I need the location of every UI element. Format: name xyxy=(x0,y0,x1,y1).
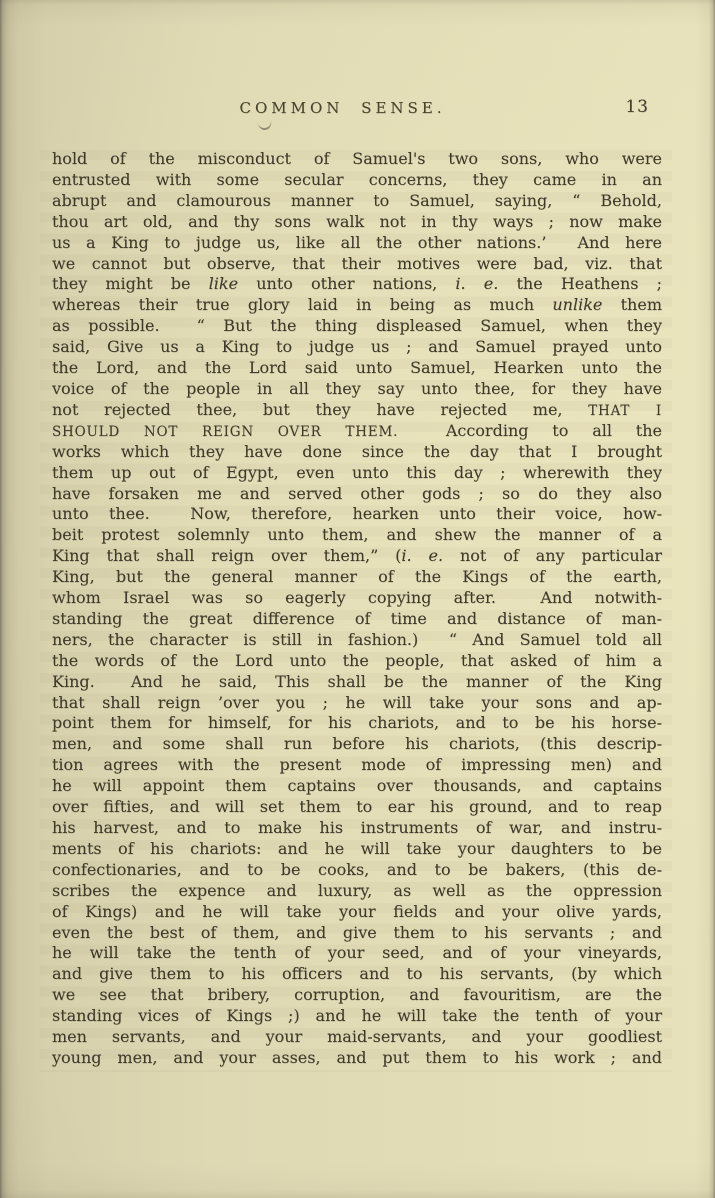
text-segment-italic: like xyxy=(209,274,238,293)
text-line: we see that bribery, corruption, and fav… xyxy=(52,985,662,1006)
text-segment: we see that bribery, corruption, and fav… xyxy=(52,985,662,1004)
text-segment: the Heathens ; xyxy=(498,274,662,293)
text-segment: said, Give us a King to judge us ; and S… xyxy=(52,337,662,356)
text-segment: young men, and your asses, and put them … xyxy=(52,1048,662,1067)
text-line: them up out of Egypt, even unto this day… xyxy=(52,463,662,484)
text-line: whereas their true glory laid in being a… xyxy=(52,295,662,316)
text-segment: over fifties, and will set them to ear h… xyxy=(52,797,662,816)
text-segment: tion agrees with the present mode of imp… xyxy=(52,755,662,774)
page-header: COMMON SENSE. 13 xyxy=(0,99,715,121)
text-line: not rejected thee, but they have rejecte… xyxy=(52,400,662,421)
text-segment: ments of his chariots: and he will take … xyxy=(52,839,662,858)
text-segment: entrusted with some secular concerns, th… xyxy=(52,170,662,189)
text-line: scribes the expence and luxury, as well … xyxy=(52,881,662,902)
text-segment-caps: THAT I xyxy=(588,403,662,419)
text-segment: unto thee. Now, therefore, hearken unto … xyxy=(52,504,662,523)
text-line: thou art old, and thy sons walk not in t… xyxy=(52,212,662,233)
text-line: that shall reign ’over you ; he will tak… xyxy=(52,693,662,714)
text-line: standing the great difference of time an… xyxy=(52,609,662,630)
text-segment: King, but the general manner of the King… xyxy=(52,567,662,586)
text-segment: men servants, and your maid-servants, an… xyxy=(52,1027,662,1046)
text-segment: voice of the people in all they say unto… xyxy=(52,379,662,398)
text-segment: and give them to his officers and to his… xyxy=(52,964,662,983)
text-segment: standing vices of Kings ;) and he will t… xyxy=(52,1006,662,1025)
text-line: point them for himself, for his chariots… xyxy=(52,713,662,734)
text-line: hold of the misconduct of Samuel's two s… xyxy=(52,149,662,170)
text-line: even the best of them, and give them to … xyxy=(52,923,662,944)
text-line: they might be like unto other nations, i… xyxy=(52,274,662,295)
text-segment-italic: i. e. xyxy=(455,274,498,293)
text-line: of Kings) and he will take your fields a… xyxy=(52,902,662,923)
ink-smudge-mark xyxy=(257,120,272,131)
text-line: standing vices of Kings ;) and he will t… xyxy=(52,1006,662,1027)
text-segment: King that shall reign over them,” ( xyxy=(52,546,401,565)
text-segment: he will appoint them captains over thous… xyxy=(52,776,662,795)
text-line: ments of his chariots: and he will take … xyxy=(52,839,662,860)
text-line: and give them to his officers and to his… xyxy=(52,964,662,985)
text-segment: his harvest, and to make his instruments… xyxy=(52,818,662,837)
text-line: said, Give us a King to judge us ; and S… xyxy=(52,337,662,358)
text-segment: of Kings) and he will take your fields a… xyxy=(52,902,662,921)
text-line: beit protest solemnly unto them, and she… xyxy=(52,525,662,546)
text-segment: the Lord, and the Lord said unto Samuel,… xyxy=(52,358,662,377)
text-line: as possible. “ But the thing displeased … xyxy=(52,316,662,337)
text-segment: he will take the tenth of your seed, and… xyxy=(52,943,662,962)
text-segment: point them for himself, for his chariots… xyxy=(52,713,662,732)
text-line: King that shall reign over them,” (i. e.… xyxy=(52,546,662,567)
text-line: King, but the general manner of the King… xyxy=(52,567,662,588)
text-line: voice of the people in all they say unto… xyxy=(52,379,662,400)
text-line: young men, and your asses, and put them … xyxy=(52,1048,662,1069)
text-segment: King. And he said, This shall be the man… xyxy=(52,672,662,691)
text-segment: hold of the misconduct of Samuel's two s… xyxy=(52,149,662,168)
text-line: have forsaken me and served other gods ;… xyxy=(52,484,662,505)
text-segment: whom Israel was so eagerly copying after… xyxy=(52,588,662,607)
text-line: whom Israel was so eagerly copying after… xyxy=(52,588,662,609)
text-line: he will take the tenth of your seed, and… xyxy=(52,943,662,964)
text-segment: ners, the character is still in fashion.… xyxy=(52,630,662,649)
text-segment: thou art old, and thy sons walk not in t… xyxy=(52,212,662,231)
text-segment: them up out of Egypt, even unto this day… xyxy=(52,463,662,482)
running-header-title: COMMON SENSE. xyxy=(0,99,715,117)
text-line: men, and some shall run before his chari… xyxy=(52,734,662,755)
text-segment: men, and some shall run before his chari… xyxy=(52,734,662,753)
text-segment: whereas their true glory laid in being a… xyxy=(52,295,552,314)
text-line: tion agrees with the present mode of imp… xyxy=(52,755,662,776)
text-segment-caps: SHOULD NOT REIGN OVER THEM. xyxy=(52,424,398,440)
text-line: he will appoint them captains over thous… xyxy=(52,776,662,797)
text-segment: unto other nations, xyxy=(238,274,455,293)
text-segment: beit protest solemnly unto them, and she… xyxy=(52,525,662,544)
text-segment: not rejected thee, but they have rejecte… xyxy=(52,400,588,419)
text-segment: we cannot but observe, that their motive… xyxy=(52,254,662,273)
text-segment-italic: unlike xyxy=(552,295,602,314)
text-line: us a King to judge us, like all the othe… xyxy=(52,233,662,254)
text-segment: have forsaken me and served other gods ;… xyxy=(52,484,662,503)
text-line: ners, the character is still in fashion.… xyxy=(52,630,662,651)
text-line: King. And he said, This shall be the man… xyxy=(52,672,662,693)
text-line: entrusted with some secular concerns, th… xyxy=(52,170,662,191)
text-segment: even the best of them, and give them to … xyxy=(52,923,662,942)
book-page: COMMON SENSE. 13 hold of the misconduct … xyxy=(0,0,715,1198)
text-line: the Lord, and the Lord said unto Samuel,… xyxy=(52,358,662,379)
text-segment: works which they have done since the day… xyxy=(52,442,662,461)
text-line: over fifties, and will set them to ear h… xyxy=(52,797,662,818)
text-line: confectionaries, and to be cooks, and to… xyxy=(52,860,662,881)
text-segment: abrupt and clamourous manner to Samuel, … xyxy=(52,191,662,210)
text-line: his harvest, and to make his instruments… xyxy=(52,818,662,839)
text-line: abrupt and clamourous manner to Samuel, … xyxy=(52,191,662,212)
text-segment: the words of the Lord unto the people, t… xyxy=(52,651,662,670)
text-line: SHOULD NOT REIGN OVER THEM. According to… xyxy=(52,421,662,442)
text-segment: us a King to judge us, like all the othe… xyxy=(52,233,662,252)
text-line: unto thee. Now, therefore, hearken unto … xyxy=(52,504,662,525)
text-line: men servants, and your maid-servants, an… xyxy=(52,1027,662,1048)
text-segment: they might be xyxy=(52,274,209,293)
text-segment: not of any particular xyxy=(443,546,662,565)
text-segment: scribes the expence and luxury, as well … xyxy=(52,881,662,900)
text-line: the words of the Lord unto the people, t… xyxy=(52,651,662,672)
text-line: we cannot but observe, that their motive… xyxy=(52,254,662,275)
text-segment: standing the great difference of time an… xyxy=(52,609,662,628)
text-segment-italic: i. e. xyxy=(401,546,443,565)
text-segment: According to all the xyxy=(398,421,662,440)
page-number: 13 xyxy=(625,97,649,117)
text-segment: confectionaries, and to be cooks, and to… xyxy=(52,860,662,879)
body-text: hold of the misconduct of Samuel's two s… xyxy=(52,149,662,1069)
text-segment: them xyxy=(602,295,662,314)
text-line: works which they have done since the day… xyxy=(52,442,662,463)
text-segment: as possible. “ But the thing displeased … xyxy=(52,316,662,335)
text-segment: that shall reign ’over you ; he will tak… xyxy=(52,693,662,712)
